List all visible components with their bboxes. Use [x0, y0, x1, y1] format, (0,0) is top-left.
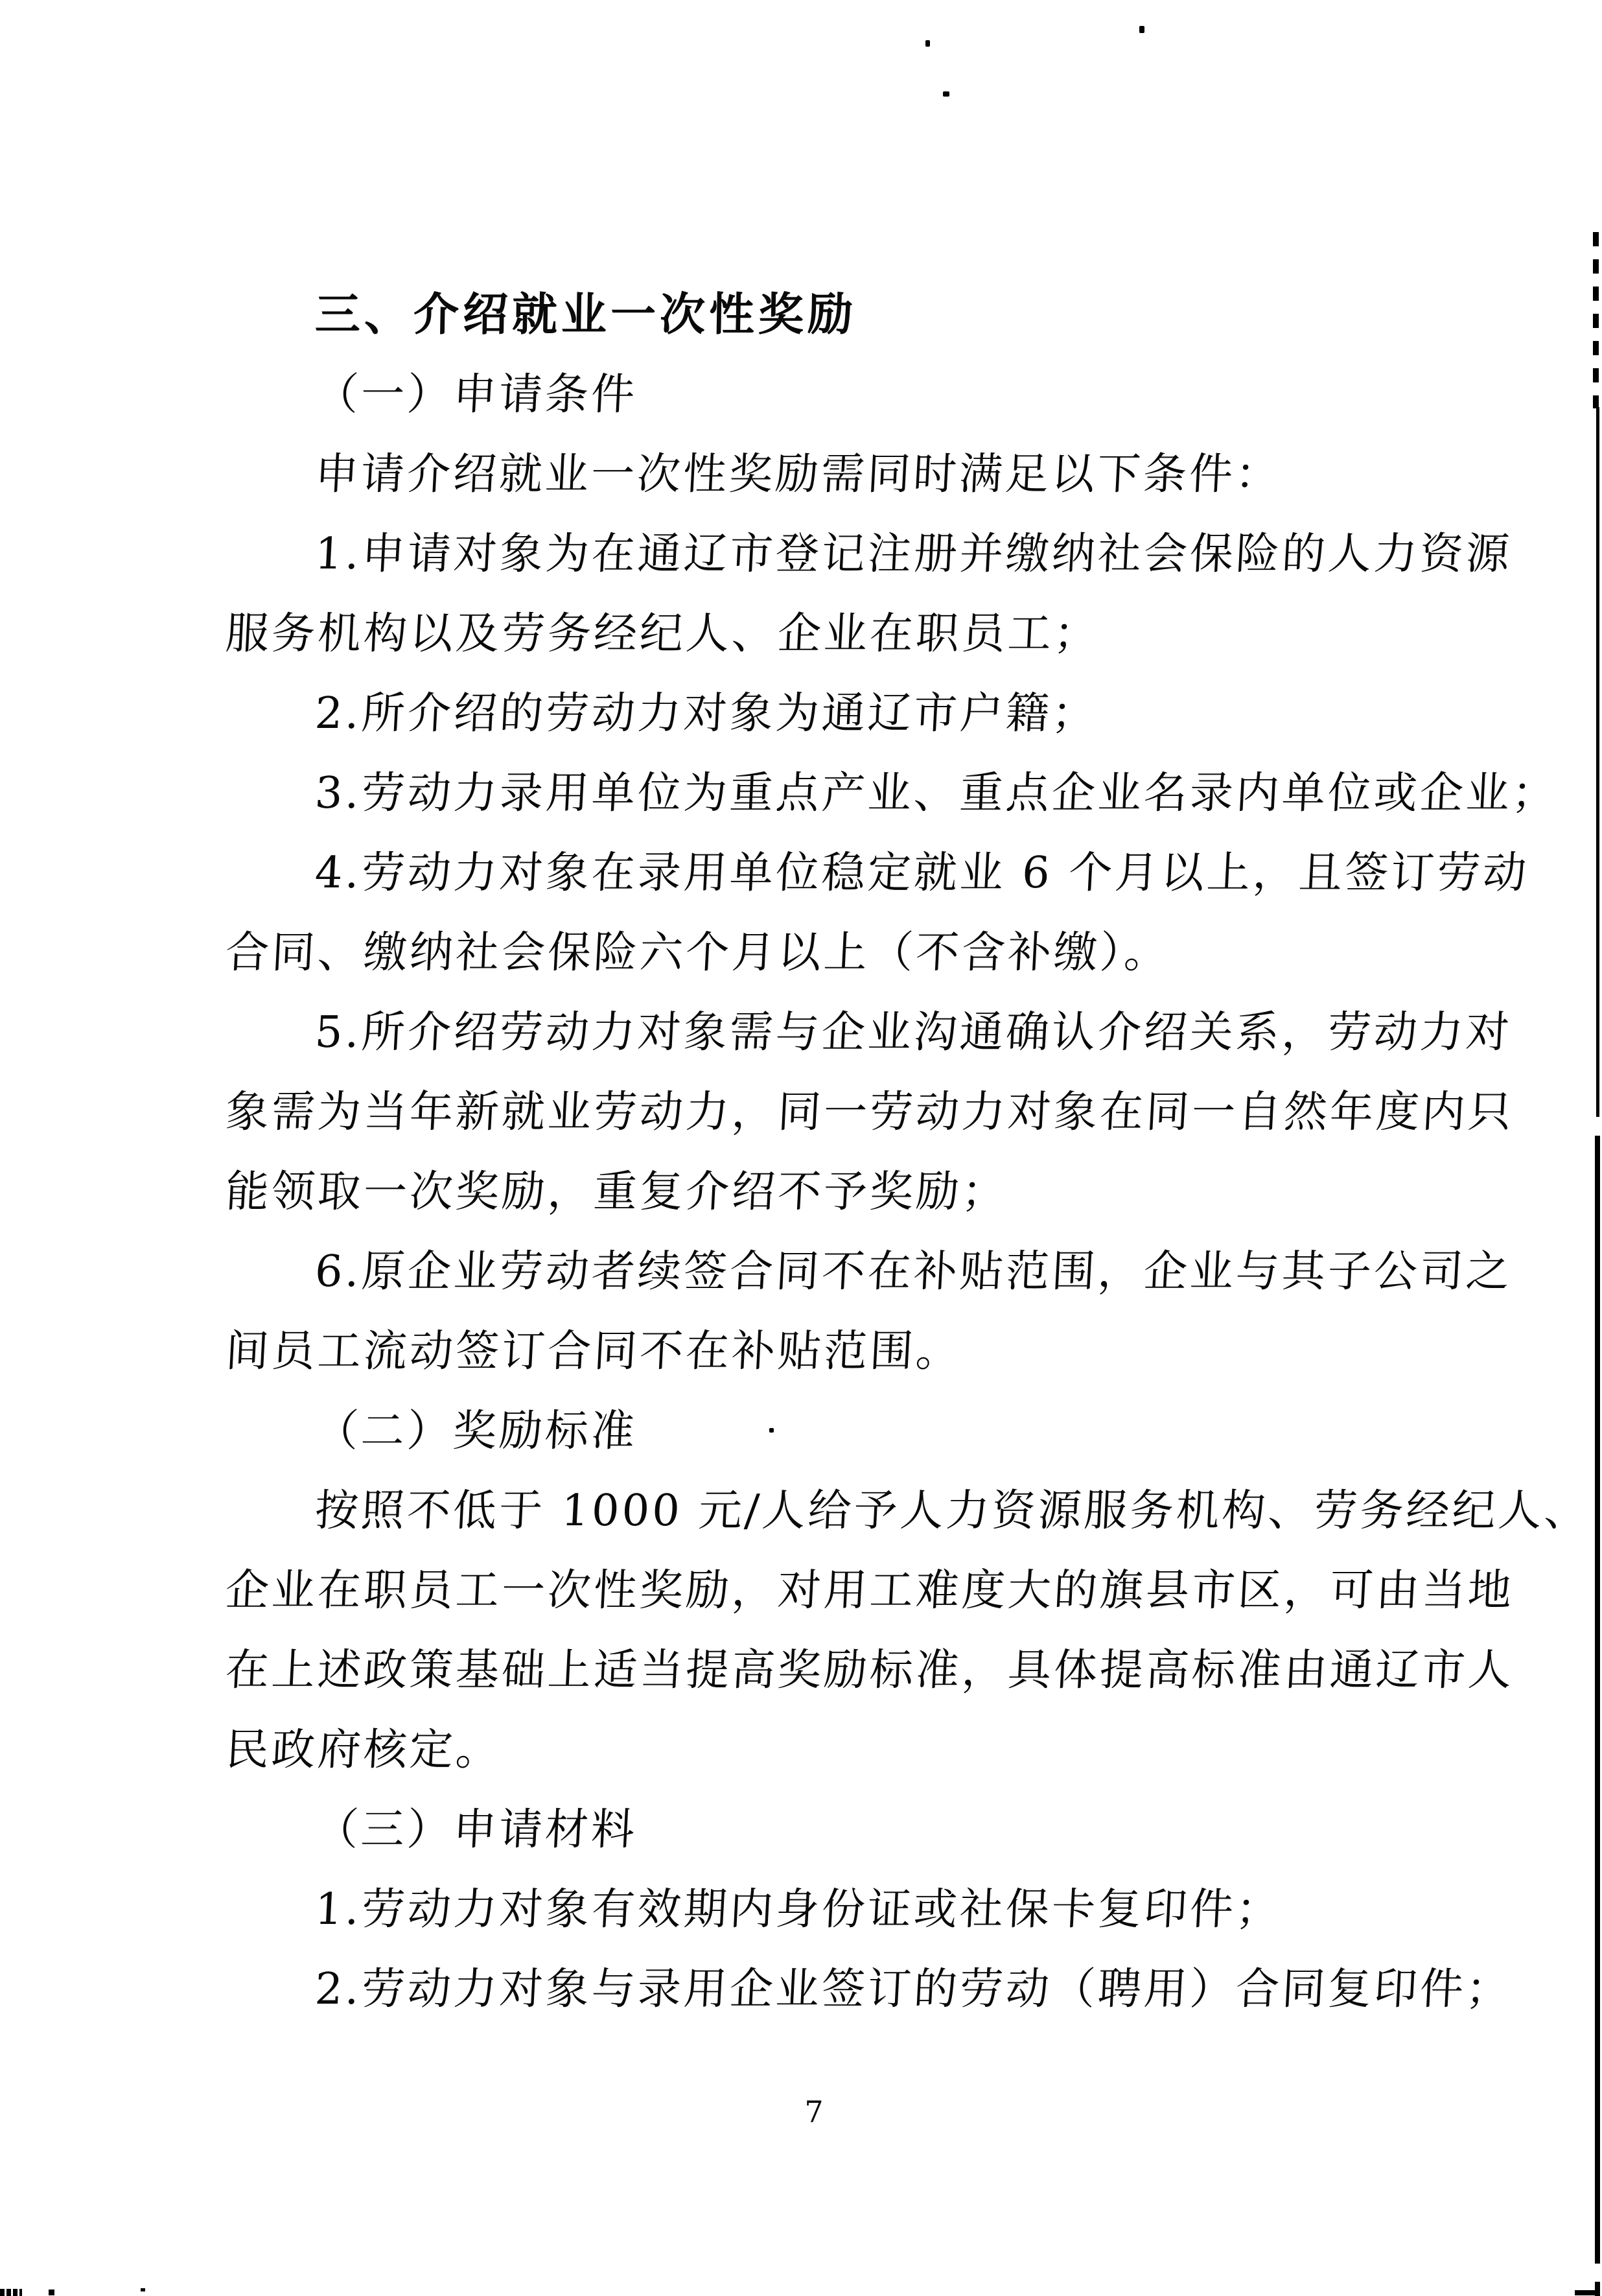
subheading-2: （二）奖励标准 [224, 1391, 1468, 1471]
scan-artifact-mark [141, 2288, 145, 2291]
text-line: 2.所介绍的劳动力对象为通辽市户籍； [224, 674, 1468, 753]
text-line: 6.原企业劳动者续签合同不在补贴范围，企业与其子公司之 [224, 1232, 1468, 1311]
text-line: 3.劳动力录用单位为重点产业、重点企业名录内单位或企业； [224, 753, 1468, 833]
scan-artifact-line [1595, 1136, 1600, 2264]
text-line: 能领取一次奖励，重复介绍不予奖励； [224, 1152, 1468, 1232]
text-line: 2.劳动力对象与录用企业签订的劳动（聘用）合同复印件； [224, 1949, 1468, 2029]
text-line: 在上述政策基础上适当提高奖励标准，具体提高标准由通辽市人 [224, 1630, 1468, 1710]
document-page: 三、介绍就业一次性奖励 （一）申请条件 申请介绍就业一次性奖励需同时满足以下条件… [0, 0, 1602, 2296]
scan-speck [943, 91, 949, 97]
section-heading: 三、介绍就业一次性奖励 [225, 275, 1467, 355]
subheading-1: （一）申请条件 [224, 355, 1468, 434]
text-line: 4.劳动力对象在录用单位稳定就业 6 个月以上，且签订劳动 [224, 833, 1468, 913]
scan-artifact-dashed-line [1593, 232, 1599, 408]
text-line: 1.劳动力对象有效期内身份证或社保卡复印件； [224, 1869, 1468, 1949]
text-line: 服务机构以及劳务经纪人、企业在职员工； [224, 594, 1468, 674]
text-line: 企业在职员工一次性奖励，对用工难度大的旗县市区，可由当地 [224, 1551, 1468, 1630]
scan-artifact-mark [0, 2289, 22, 2296]
text-line: 5.所介绍劳动力对象需与企业沟通确认介绍关系，劳动力对 [224, 992, 1468, 1072]
text-line: 按照不低于 1000 元/人给予人力资源服务机构、劳务经纪人、 [224, 1471, 1468, 1551]
text-line: 民政府核定。 [224, 1710, 1468, 1790]
document-body: 三、介绍就业一次性奖励 （一）申请条件 申请介绍就业一次性奖励需同时满足以下条件… [226, 275, 1467, 2029]
scan-artifact-mark [1575, 2290, 1597, 2295]
text-line: 象需为当年新就业劳动力，同一劳动力对象在同一自然年度内只 [224, 1072, 1468, 1152]
text-line: 申请介绍就业一次性奖励需同时满足以下条件： [224, 434, 1468, 514]
text-line: 1.申请对象为在通辽市登记注册并缴纳社会保险的人力资源 [224, 514, 1468, 594]
scan-speck [925, 40, 930, 47]
text-line: 间员工流动签订合同不在补贴范围。 [224, 1311, 1468, 1391]
text-line: 合同、缴纳社会保险六个月以上（不含补缴）。 [224, 913, 1468, 992]
scan-speck [1139, 26, 1144, 33]
subheading-3: （三）申请材料 [224, 1790, 1468, 1869]
scan-artifact-line [1596, 407, 1599, 1117]
page-number: 7 [795, 2095, 833, 2129]
scan-speck [769, 1428, 774, 1433]
scan-artifact-mark [49, 2290, 54, 2295]
